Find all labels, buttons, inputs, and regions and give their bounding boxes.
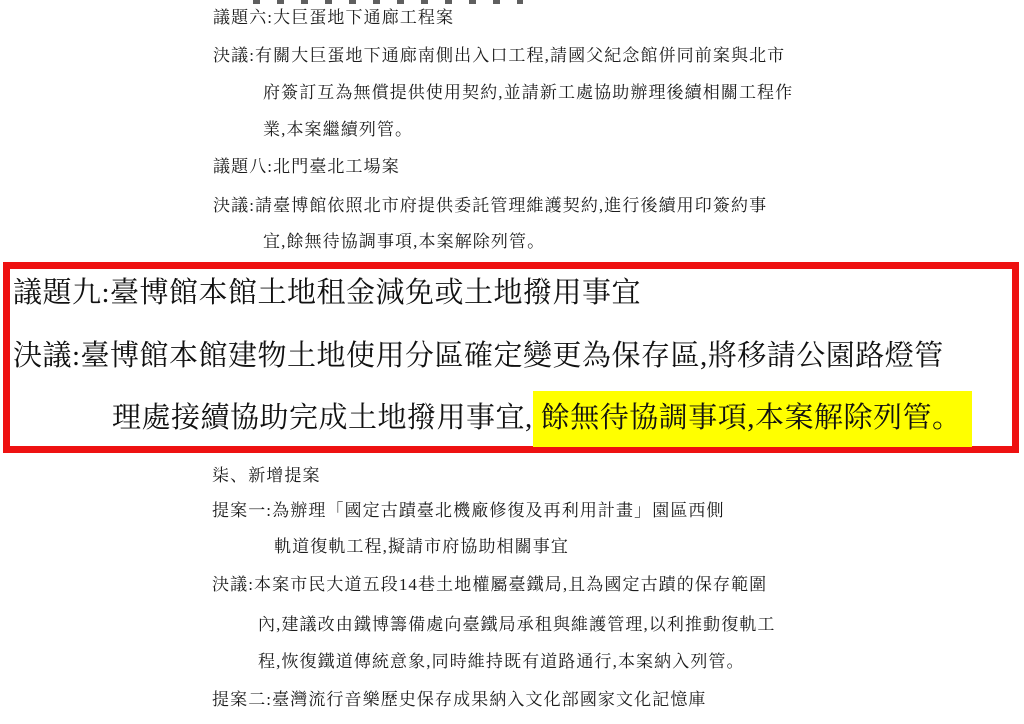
topic6-title: 議題六:大巨蛋地下通廊工程案 (213, 7, 454, 28)
topic8-title: 議題八:北門臺北工場案 (213, 156, 400, 177)
document-page: 議題六:大巨蛋地下通廊工程案 決議:有關大巨蛋地下通廊南側出入口工程,請國父紀念… (0, 0, 1024, 724)
topic9-yellow-highlight: 餘無待協調事項,本案解除列管。 (533, 391, 972, 447)
new-proposals-heading: 柒、新增提案 (212, 465, 321, 486)
topic6-resolution-line2: 府簽訂互為無償提供使用契約,並請新工處協助辦理後續相關工程作 (263, 82, 793, 103)
topic9-title: 議題九:臺博館本館土地租金減免或土地撥用事宜 (13, 277, 641, 310)
topic6-resolution-line1: 決議:有關大巨蛋地下通廊南側出入口工程,請國父紀念館併同前案與北市 (213, 45, 785, 66)
cut-off-text-fragment (253, 0, 523, 4)
topic9-resolution-line2: 理處接續協助完成土地撥用事宜,餘無待協調事項,本案解除列管。 (112, 402, 972, 435)
proposal1-title-line2: 軌道復軌工程,擬請市府協助相關事宜 (274, 536, 569, 557)
topic9-resolution-line1: 決議:臺博館本館建物土地使用分區確定變更為保存區,將移請公園路燈管 (13, 340, 944, 373)
proposal2-title: 提案二:臺灣流行音樂歷史保存成果納入文化部國家文化記憶庫 (212, 689, 707, 710)
proposal1-resolution-line1: 決議:本案市民大道五段14巷土地權屬臺鐵局,且為國定古蹟的保存範圍 (212, 574, 767, 595)
proposal1-resolution-line2: 內,建議改由鐵博籌備處向臺鐵局承租與維護管理,以利推動復軌工 (258, 614, 776, 635)
topic9-resolution-line2-plain: 理處接續協助完成土地撥用事宜, (112, 402, 533, 434)
proposal1-resolution-line3: 程,恢復鐵道傳統意象,同時維持既有道路通行,本案納入列管。 (258, 651, 745, 672)
topic8-resolution-line1: 決議:請臺博館依照北市府提供委託管理維護契約,進行後續用印簽約事 (213, 195, 767, 216)
topic6-resolution-line3: 業,本案繼續列管。 (263, 119, 413, 140)
topic8-resolution-line2: 宜,餘無待協調事項,本案解除列管。 (263, 231, 545, 252)
proposal1-title-line1: 提案一:為辦理「國定古蹟臺北機廠修復及再利用計畫」園區西側 (212, 500, 725, 521)
